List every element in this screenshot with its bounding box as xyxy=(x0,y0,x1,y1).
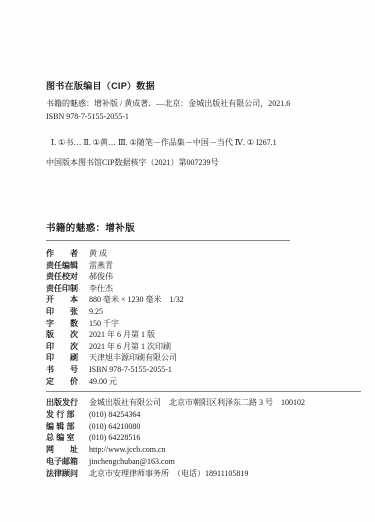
cip-title-line: 书籍的魅惑：增补版 / 黄成著．—北京：金城出版社有限公司，2021.6 xyxy=(46,97,346,110)
section-divider-line xyxy=(46,391,361,392)
info-label: 责任编辑 xyxy=(46,260,83,271)
info-value: 9.25 xyxy=(89,307,103,316)
info-label: 印 张 xyxy=(46,306,83,317)
info-value: 黄 成 xyxy=(89,248,107,259)
info-value: jinchengchuban@163.com xyxy=(89,457,175,466)
info-label: 作 者 xyxy=(46,248,83,259)
info-label: 责任印制 xyxy=(46,283,83,294)
info-label: 法律顾问 xyxy=(46,468,83,479)
info-label: 发 行 部 xyxy=(46,409,83,420)
info-value: 880 毫米 × 1230 毫米 1/32 xyxy=(89,294,184,305)
info-value: (010) 84254364 xyxy=(89,410,140,419)
info-row-editorial-dept: 编 辑 部 (010) 64210080 xyxy=(46,421,366,433)
info-row-author: 作 者 黄 成 xyxy=(46,248,366,260)
info-value: 2021 年 6 月第 1 次印刷 xyxy=(89,341,171,352)
info-row-chief-editor-office: 总 编 室 (010) 64228516 xyxy=(46,432,366,444)
info-row-legal-counsel: 法律顾问 北京市安理律师事务所 （电话）18911105819 xyxy=(46,468,366,480)
info-label: 印 次 xyxy=(46,341,83,352)
info-value: 北京市安理律师事务所 （电话）18911105819 xyxy=(89,468,248,479)
info-row-sheets: 印 张 9.25 xyxy=(46,306,366,318)
info-row-price: 定 价 49.00 元 xyxy=(46,376,366,388)
publisher-info-block: 出版发行 金城出版社有限公司 北京市朝阳区利泽东二路 3 号 100102 发 … xyxy=(46,397,366,480)
info-label: 电子邮箱 xyxy=(46,456,83,467)
cip-heading: 图书在版编目（CIP）数据 xyxy=(46,79,155,92)
info-row-website: 网 址 http://www.jccb.com.cn xyxy=(46,444,366,456)
info-label: 责任校对 xyxy=(46,271,83,282)
info-row-isbn: 书 号 ISBN 978-7-5155-2055-1 xyxy=(46,364,366,376)
info-value: (010) 64210080 xyxy=(89,422,140,431)
info-row-publisher: 出版发行 金城出版社有限公司 北京市朝阳区利泽东二路 3 号 100102 xyxy=(46,397,366,409)
info-value: 郝俊伟 xyxy=(89,271,113,282)
info-row-editor: 责任编辑 雷燕青 xyxy=(46,260,366,272)
info-row-impression: 印 次 2021 年 6 月第 1 次印刷 xyxy=(46,341,366,353)
info-value: 天津旭丰源印刷有限公司 xyxy=(89,352,177,363)
info-row-printer: 印 刷 天津旭丰源印刷有限公司 xyxy=(46,352,366,364)
cip-classification-line: Ⅰ. ①书… Ⅱ. ①黄… Ⅲ. ①随笔－作品集－中国－当代 Ⅳ. ① I267… xyxy=(51,137,361,148)
info-value: 李仕杰 xyxy=(89,283,113,294)
info-value: http://www.jccb.com.cn xyxy=(89,445,166,454)
book-copyright-page: 图书在版编目（CIP）数据 书籍的魅惑：增补版 / 黄成著．—北京：金城出版社有… xyxy=(0,0,375,522)
cip-record-number: 中国版本图书馆CIP数据核字（2021）第007239号 xyxy=(46,157,356,168)
info-value: ISBN 978-7-5155-2055-1 xyxy=(89,365,172,374)
info-label: 字 数 xyxy=(46,318,83,329)
info-label: 总 编 室 xyxy=(46,432,83,443)
info-row-print-supervisor: 责任印制 李仕杰 xyxy=(46,283,366,295)
info-row-distribution-dept: 发 行 部 (010) 84254364 xyxy=(46,409,366,421)
info-row-word-count: 字 数 150 千字 xyxy=(46,318,366,330)
info-label: 出版发行 xyxy=(46,397,83,408)
info-row-edition: 版 次 2021 年 6 月第 1 版 xyxy=(46,329,366,341)
info-label: 定 价 xyxy=(46,376,83,387)
title-divider-line xyxy=(46,240,290,241)
info-label: 版 次 xyxy=(46,329,83,340)
info-value: (010) 64228516 xyxy=(89,433,140,442)
info-row-format: 开 本 880 毫米 × 1230 毫米 1/32 xyxy=(46,294,366,306)
info-label: 开 本 xyxy=(46,294,83,305)
publication-info-block: 作 者 黄 成 责任编辑 雷燕青 责任校对 郝俊伟 责任印制 李仕杰 开 本 8… xyxy=(46,248,366,387)
info-value: 雷燕青 xyxy=(89,260,113,271)
info-value: 2021 年 6 月第 1 版 xyxy=(89,329,155,340)
info-label: 印 刷 xyxy=(46,352,83,363)
cip-isbn-line: ISBN 978-7-5155-2055-1 xyxy=(46,110,346,123)
info-label: 书 号 xyxy=(46,364,83,375)
cip-entry-block: 书籍的魅惑：增补版 / 黄成著．—北京：金城出版社有限公司，2021.6 ISB… xyxy=(46,97,346,123)
info-label: 网 址 xyxy=(46,444,83,455)
info-row-proofreader: 责任校对 郝俊伟 xyxy=(46,271,366,283)
info-row-email: 电子邮箱 jinchengchuban@163.com xyxy=(46,456,366,468)
info-value: 49.00 元 xyxy=(89,376,117,387)
info-value: 金城出版社有限公司 北京市朝阳区利泽东二路 3 号 100102 xyxy=(89,397,305,408)
info-value: 150 千字 xyxy=(89,318,119,329)
info-label: 编 辑 部 xyxy=(46,421,83,432)
book-title: 书籍的魅惑：增补版 xyxy=(46,220,135,234)
